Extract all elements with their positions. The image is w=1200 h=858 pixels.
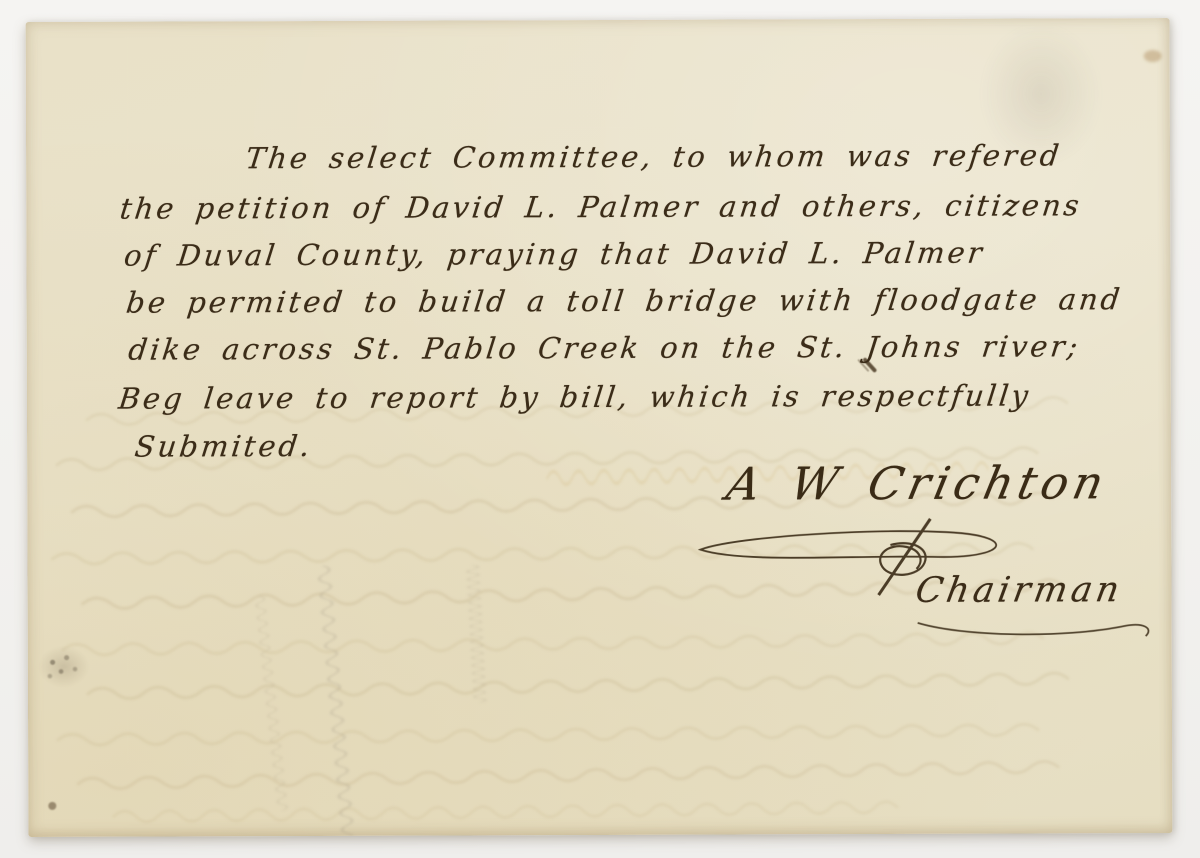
- manuscript-line-2: the petition of David L. Palmer and othe…: [118, 188, 1084, 225]
- chairman-flourish-icon: [914, 614, 1164, 641]
- brown-spot: [1144, 50, 1162, 62]
- signature: A W Crichton: [722, 456, 1113, 510]
- manuscript-line-6: Beg leave to report by bill, which is re…: [117, 378, 1033, 415]
- manuscript-line-5: dike across St. Pablo Creek on the St. J…: [127, 329, 1083, 366]
- signature-title: Chairman: [913, 570, 1127, 611]
- manuscript-line-3: of Duval County, praying that David L. P…: [122, 236, 986, 273]
- manuscript-line-7: Submited.: [133, 429, 315, 464]
- speckle-stain: [36, 644, 92, 690]
- manuscript-line-1: The select Committee, to whom was refere…: [244, 138, 1064, 175]
- manuscript-line-4: be permited to build a toll bridge with …: [124, 282, 1124, 319]
- scan-area: The select Committee, to whom was refere…: [0, 0, 1200, 858]
- ink-dot: [48, 802, 56, 810]
- manuscript-page: The select Committee, to whom was refere…: [26, 18, 1173, 837]
